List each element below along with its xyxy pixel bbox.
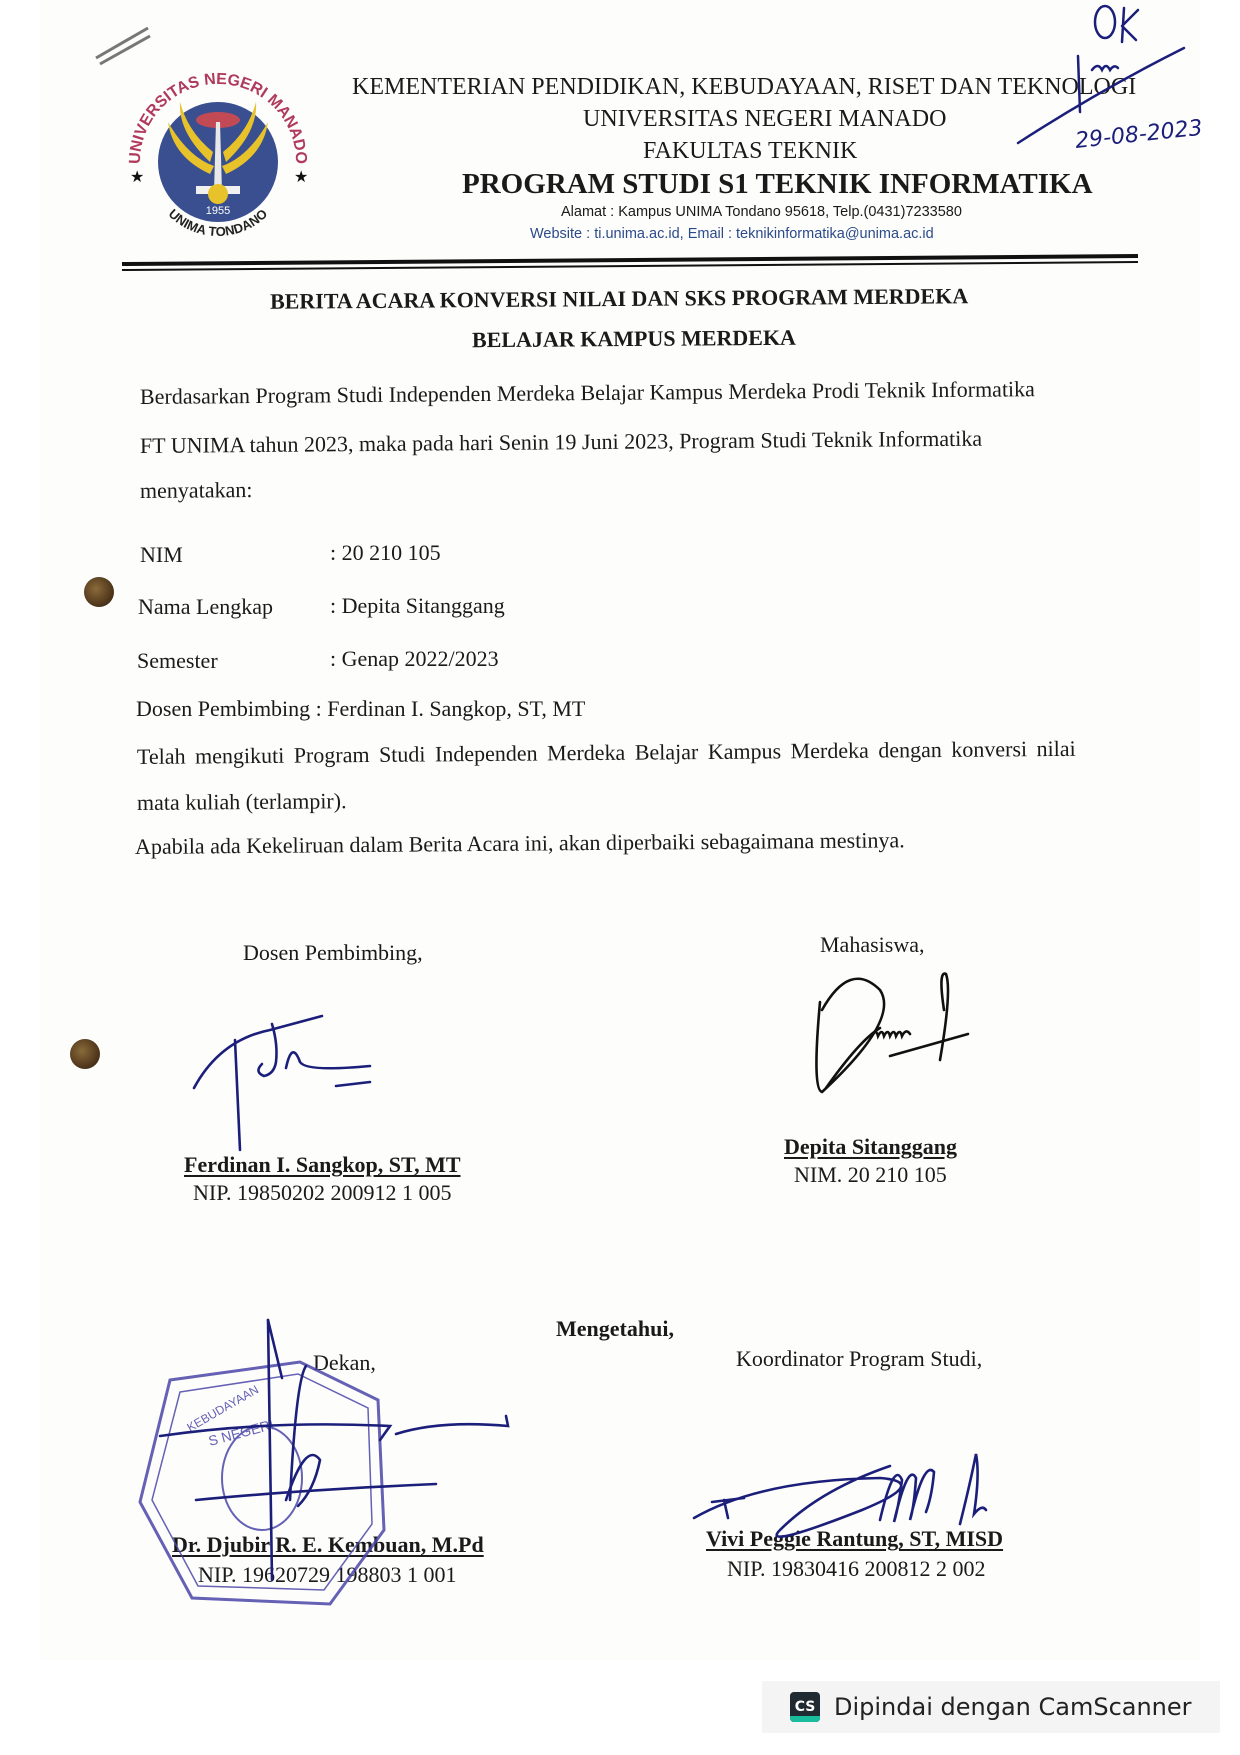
field-label-nim: NIM — [140, 542, 183, 568]
intro-line-3: menyatakan: — [140, 477, 253, 504]
field-value-nim: : 20 210 105 — [330, 540, 441, 566]
svg-text:1955: 1955 — [206, 205, 230, 217]
advisor-role: Dosen Pembimbing, — [243, 940, 423, 966]
acknowledged-label: Mengetahui, — [556, 1316, 674, 1342]
svg-text:★: ★ — [130, 169, 144, 186]
university-seal-icon: 1955 UNIVERSITAS NEGERI MANADO UNIMA TON… — [118, 62, 318, 242]
coordinator-role: Koordinator Program Studi, — [736, 1346, 982, 1372]
dean-nip: NIP. 19620729 198803 1 001 — [198, 1562, 457, 1588]
student-role: Mahasiswa, — [820, 932, 924, 958]
program-name: PROGRAM STUDI S1 TEKNIK INFORMATIKA — [462, 168, 1093, 201]
website-email-line: Website : ti.unima.ac.id, Email : teknik… — [530, 226, 934, 242]
field-advisor: Dosen Pembimbing : Ferdinan I. Sangkop, … — [136, 696, 585, 722]
field-value-advisor: : Ferdinan I. Sangkop, ST, MT — [316, 696, 586, 721]
dean-role: Dekan, — [313, 1350, 376, 1376]
university-name: UNIVERSITAS NEGERI MANADO — [583, 106, 946, 133]
field-label-advisor: Dosen Pembimbing — [136, 696, 310, 721]
field-value-full-name: : Depita Sitanggang — [330, 593, 505, 619]
field-label-semester: Semester — [137, 648, 218, 674]
coordinator-nip: NIP. 19830416 200812 2 002 — [727, 1556, 986, 1582]
document-title-line-2: BELAJAR KAMPUS MERDEKA — [472, 325, 796, 354]
document-title-line-1: BERITA ACARA KONVERSI NILAI DAN SKS PROG… — [270, 283, 968, 314]
field-value-semester: : Genap 2022/2023 — [330, 646, 499, 672]
punch-hole-icon — [84, 577, 114, 607]
dean-name: Dr. Djubir R. E. Kembuan, M.Pd — [172, 1532, 484, 1558]
student-name: Depita Sitanggang — [784, 1134, 957, 1160]
faculty-name: FAKULTAS TEKNIK — [643, 138, 857, 165]
advisor-name: Ferdinan I. Sangkop, ST, MT — [184, 1152, 461, 1178]
camscanner-logo-icon: CS — [790, 1692, 820, 1722]
coordinator-name: Vivi Peggie Rantung, ST, MISD — [706, 1526, 1003, 1552]
student-nim: NIM. 20 210 105 — [794, 1162, 947, 1188]
camscanner-watermark: CS Dipindai dengan CamScanner — [762, 1681, 1220, 1733]
address-line: Alamat : Kampus UNIMA Tondano 95618, Tel… — [561, 204, 962, 220]
advisor-nip: NIP. 19850202 200912 1 005 — [193, 1180, 452, 1206]
field-label-full-name: Nama Lengkap — [138, 594, 273, 620]
camscanner-text: Dipindai dengan CamScanner — [834, 1693, 1192, 1721]
punch-hole-icon — [70, 1039, 100, 1069]
svg-text:★: ★ — [294, 169, 308, 186]
statement-line-2: mata kuliah (terlampir). — [137, 788, 347, 816]
ministry-name: KEMENTERIAN PENDIDIKAN, KEBUDAYAAN, RISE… — [352, 74, 1136, 101]
